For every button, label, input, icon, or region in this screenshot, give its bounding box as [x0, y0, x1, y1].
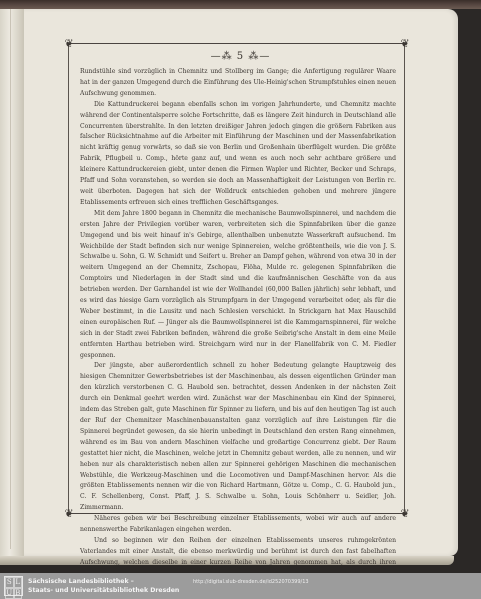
paragraph-2: Die Kattundruckerei begann ebenfalls sch…	[80, 100, 396, 209]
binding-fold-line	[10, 9, 11, 549]
paragraph-4: Der jüngste, aber außerordentlich schnel…	[80, 361, 396, 514]
body-text: Rundstühle sind vorzüglich in Chemnitz u…	[80, 67, 396, 599]
logo-letter: U	[5, 588, 14, 599]
logo-letter: L	[14, 577, 23, 588]
permalink-url[interactable]: http://digital.slub-dresden.de/id2520703…	[193, 579, 309, 585]
book-top-edge	[0, 0, 481, 9]
paragraph-5: Näheres geben wir bei Beschreibung einze…	[80, 514, 396, 536]
paragraph-3: Mit dem Jahre 1800 begann in Chemnitz di…	[80, 209, 396, 362]
corner-ornament-icon: ❦	[398, 37, 412, 51]
library-footer-bar: S L U B Sächsische Landesbibliothek – St…	[0, 573, 481, 599]
corner-ornament-icon: ❦	[62, 507, 76, 521]
library-name-line-2: Staats- und Universitätsbibliothek Dresd…	[28, 587, 179, 596]
logo-letter: S	[5, 577, 14, 588]
slub-logo[interactable]: S L U B	[4, 576, 23, 596]
corner-ornament-icon: ❦	[62, 37, 76, 51]
scan-bottom-shadow	[0, 565, 481, 573]
logo-letter: B	[14, 588, 23, 599]
book-binding	[0, 9, 24, 565]
page-number: —⁂ 5 ⁂—	[0, 51, 481, 62]
paragraph-1: Rundstühle sind vorzüglich in Chemnitz u…	[80, 67, 396, 100]
library-name-line-1: Sächsische Landesbibliothek –	[28, 578, 179, 587]
corner-ornament-icon: ❦	[398, 507, 412, 521]
library-name: Sächsische Landesbibliothek – Staats- un…	[28, 578, 179, 595]
